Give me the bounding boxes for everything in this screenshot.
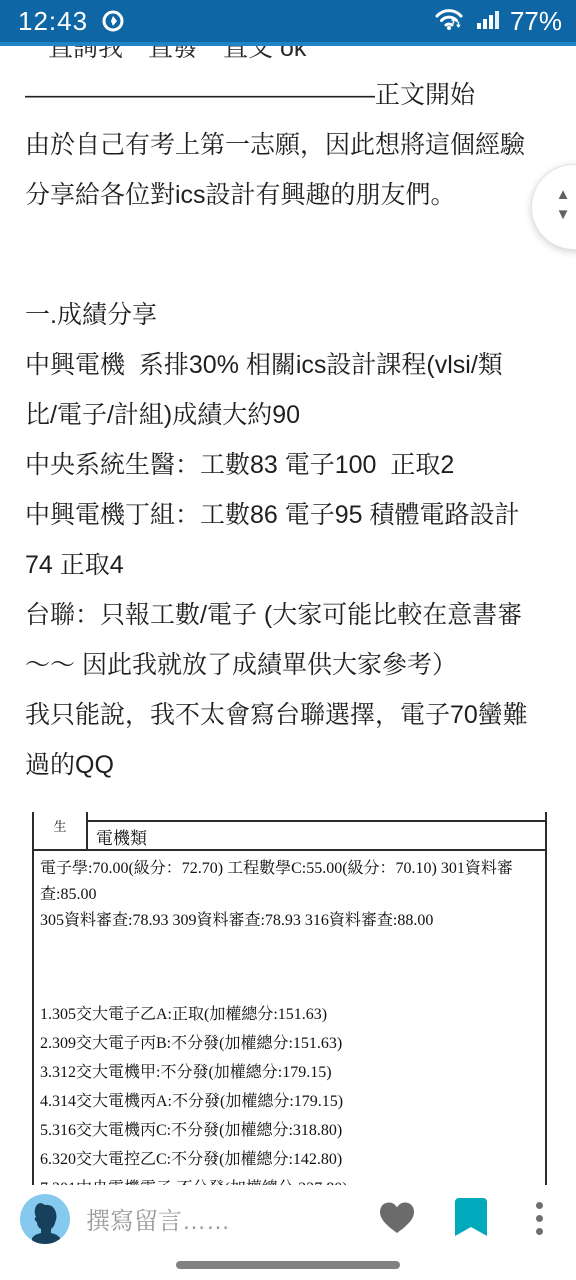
comment-bar: 撰寫留言……: [0, 1185, 576, 1251]
score-sheet-table: 生 電機類 電子學:70.00(級分：72.70) 工程數學C:55.00(級分…: [32, 812, 547, 1185]
scroll-down-icon[interactable]: ▼: [548, 207, 576, 222]
result-line: 2.309交大電子丙B:不分發(加權總分:151.63): [40, 1029, 539, 1058]
score-sheet-header: 生 電機類: [34, 812, 545, 851]
home-indicator[interactable]: [176, 1261, 400, 1269]
post-body: ——————————————正文開始 由於自己有考上第一志願，因此想將這個經驗分…: [25, 70, 560, 790]
notification-location-icon: [100, 8, 126, 34]
header-cell-left: 生: [34, 816, 86, 835]
body-start-divider: ——————————————正文開始: [25, 70, 560, 120]
status-icons: 77%: [434, 5, 562, 38]
scroll-up-icon[interactable]: ▲: [548, 187, 576, 202]
result-line: 1.305交大電子乙A:正取(加權總分:151.63): [40, 1000, 539, 1029]
post-text-line: [25, 220, 560, 255]
comment-input[interactable]: 撰寫留言……: [86, 1185, 230, 1251]
result-line: 7.301中央電機電子:不分發(加權總分:227.80): [40, 1174, 539, 1185]
post-text-line: 中興電機丁組：工數86 電子95 積體電路設計: [25, 490, 560, 540]
wifi-icon: [434, 5, 468, 38]
post-text-line: ～～ 因此我就放了成績單供大家參考）: [25, 640, 560, 690]
more-options-icon[interactable]: [524, 1199, 554, 1237]
header-cell-category: 電機類: [88, 820, 545, 849]
post-paragraphs: 由於自己有考上第一志願，因此想將這個經驗分享給各位對ics設計有興趣的朋友們。一…: [25, 120, 560, 790]
post-text-line: 中興電機 系排30% 相關ics設計課程(vlsi/類: [25, 340, 560, 390]
like-heart-icon[interactable]: [378, 1200, 416, 1236]
status-bar: 12:43: [0, 0, 576, 42]
clock: 12:43: [18, 6, 88, 37]
score-line: 305資料審查:78.93 309資料審查:78.93 316資料審查:88.0…: [40, 908, 539, 934]
signal-strength-icon: [476, 6, 502, 37]
user-avatar[interactable]: [20, 1194, 70, 1244]
result-line: 5.316交大電機丙C:不分發(加權總分:318.80): [40, 1116, 539, 1145]
post-text-line: [25, 255, 560, 290]
post-text-line: 台聯：只報工數/電子 (大家可能比較在意書審: [25, 590, 560, 640]
bookmark-icon[interactable]: [455, 1198, 487, 1238]
post-text-line: 過的QQ: [25, 740, 560, 790]
post-text-line: 一.成績分享: [25, 290, 560, 340]
score-sheet-results: 1.305交大電子乙A:正取(加權總分:151.63)2.309交大電子丙B:不…: [34, 1000, 545, 1185]
result-line: 3.312交大電機甲:不分發(加權總分:179.15): [40, 1058, 539, 1087]
result-line: 4.314交大電機丙A:不分發(加權總分:179.15): [40, 1087, 539, 1116]
post-text-line: 由於自己有考上第一志願，因此想將這個經驗: [25, 120, 560, 170]
comment-placeholder-text: 撰寫留言……: [86, 1201, 230, 1236]
result-line: 6.320交大電控乙C:不分發(加權總分:142.80): [40, 1145, 539, 1174]
app-screen: 直詢我 直發 直文 ok 12:43: [0, 0, 576, 1280]
post-text-line: 分享給各位對ics設計有興趣的朋友們。: [25, 170, 560, 220]
post-text-line: 74 正取4: [25, 540, 560, 590]
post-text-line: 中央系統生醫：工數83 電子100 正取2: [25, 440, 560, 490]
score-sheet-scores: 電子學:70.00(級分：72.70) 工程數學C:55.00(級分：70.10…: [34, 851, 545, 934]
post-text-line: 比/電子/計組)成績大約90: [25, 390, 560, 440]
score-line: 查:85.00: [40, 882, 539, 908]
score-sheet-image[interactable]: 生 電機類 電子學:70.00(級分：72.70) 工程數學C:55.00(級分…: [25, 812, 556, 1185]
battery-percentage: 77%: [510, 6, 562, 37]
post-text-line: 我只能說，我不太會寫台聯選擇，電子70蠻難: [25, 690, 560, 740]
score-line: 電子學:70.00(級分：72.70) 工程數學C:55.00(級分：70.10…: [40, 856, 539, 882]
